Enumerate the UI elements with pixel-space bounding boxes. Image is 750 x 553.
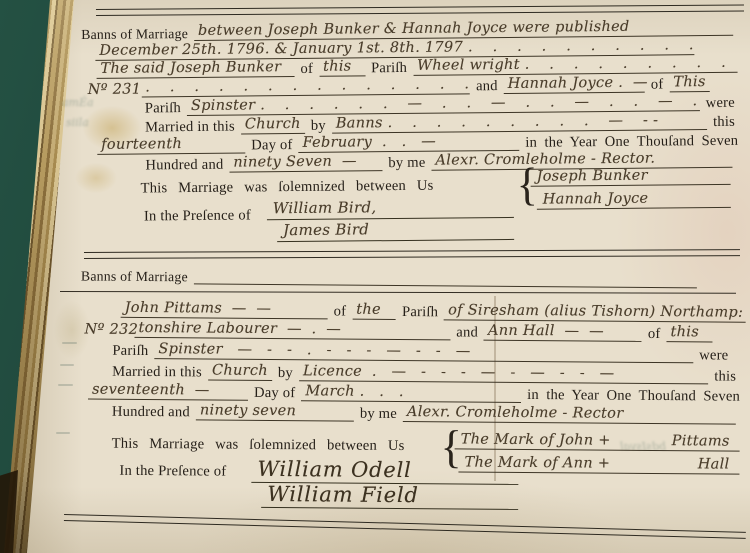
groom-mark: The Mark of John +: [461, 431, 611, 448]
register-book-photo: amĖa siila bdsIsval Banns of Marriage be…: [0, 0, 750, 553]
printed-married-in-this: Married in this: [112, 364, 202, 380]
groom-mark-surname: Pittams: [672, 433, 730, 449]
printed-day-of: Day of: [254, 386, 295, 402]
married-year2: ninety seven: [196, 403, 354, 421]
banns-entry: [194, 282, 697, 288]
married-day: seventeenth —: [88, 382, 248, 400]
witness-signature-2: William Field: [261, 482, 518, 510]
groom-name: John Pittams — —: [121, 301, 328, 320]
witness2-name: William Field: [267, 482, 419, 507]
bride-name: Ann Hall — —: [484, 323, 642, 341]
witness1-name: William Odell: [257, 457, 411, 482]
record-232: Banns of Marriage John Pittams — — of th…: [0, 0, 750, 553]
printed-parish: Pariſh: [112, 343, 148, 359]
printed-by: by: [278, 366, 293, 381]
printed-solemnized-text: This Marriage was ſolemnized between Us: [112, 436, 405, 454]
printed-parish: Pariſh: [402, 305, 438, 321]
printed-presence-text: In the Preſence of: [119, 463, 226, 479]
printed-of: of: [648, 327, 661, 342]
married-place: Church: [208, 363, 272, 381]
groom-occupation: tonshire Labourer — . —: [134, 321, 450, 341]
witness-signature-1: William Odell: [251, 457, 518, 485]
hundred-line: Hundred and ninety seven by me Alexr. Cr…: [112, 400, 742, 425]
groom-residence: the: [352, 302, 396, 320]
banns-header-line: Banns of Marriage: [81, 263, 703, 288]
bride-mark-surname: Hall: [698, 456, 730, 472]
record-number: Nº 232: [84, 322, 134, 338]
printed-this: this: [714, 369, 736, 384]
printed-hundred-and: Hundred and: [112, 404, 190, 420]
bride-residence: this: [666, 325, 712, 343]
banns-of-marriage-label: Banns of Marriage: [81, 269, 188, 284]
married-month: March . . .: [301, 384, 521, 403]
printed-by-me: by me: [360, 406, 397, 422]
signature-row: The Mark of John + Pittams: [455, 426, 740, 451]
printed-and: and: [456, 325, 478, 340]
printed-of: of: [334, 304, 347, 319]
solemnized-line: This Marriage was ſolemnized between Us: [112, 432, 405, 454]
printed-were: were: [699, 348, 728, 364]
printed-year-text: in the Year One Thouſand Seven: [527, 388, 740, 405]
presence-line: In the Preſence of: [119, 459, 226, 480]
